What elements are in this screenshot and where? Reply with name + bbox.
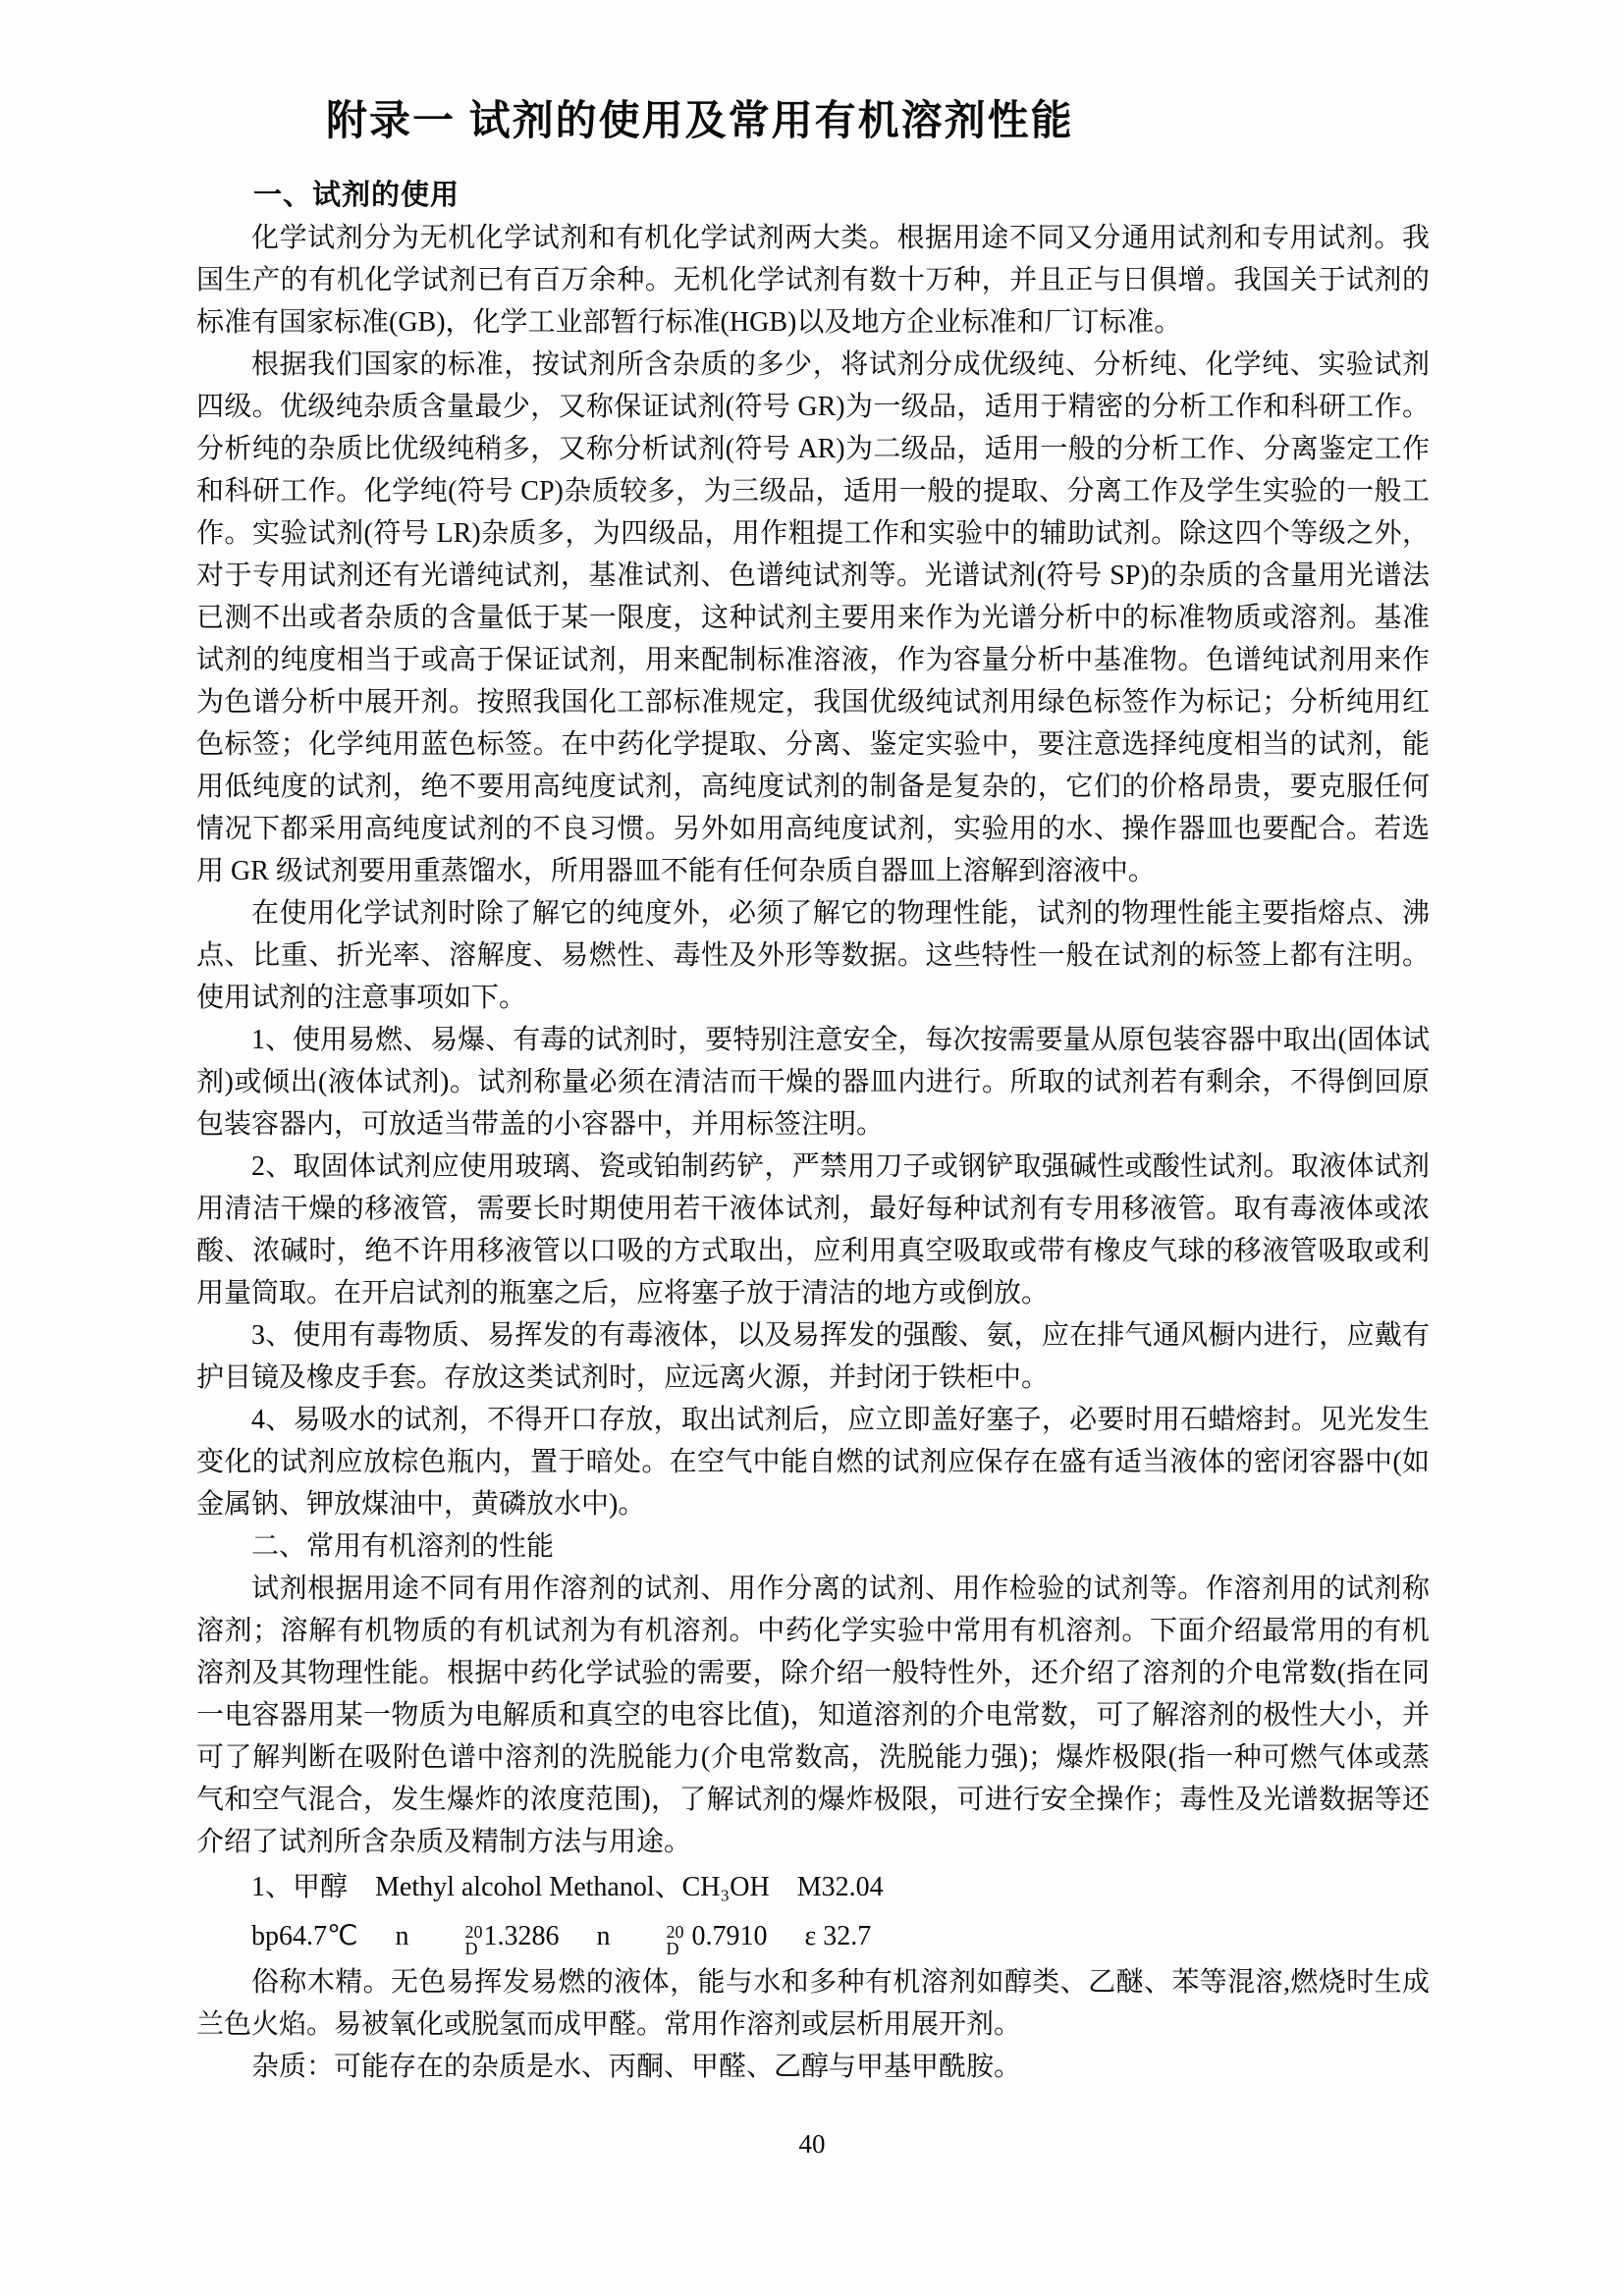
section1-paragraph: 根据我们国家的标准，按试剂所含杂质的多少，将试剂分成优级纯、分析纯、化学纯、实验… xyxy=(196,344,1430,892)
page-number: 40 xyxy=(0,2123,1624,2165)
methanol-density: n20D 0.7910 xyxy=(596,1921,767,1951)
page-content: 附录一 试剂的使用及常用有机溶剂性能 一、试剂的使用 化学试剂分为无机化学试剂和… xyxy=(196,98,1430,2088)
section1-numbered-item-2: 2、取固体试剂应使用玻璃、瓷或铂制药铲，严禁用刀子或钢铲取强碱性或酸性试剂。取液… xyxy=(196,1146,1430,1314)
methanol-dielectric-constant: ε 32.7 xyxy=(804,1921,871,1951)
density-sub-sup: 20D xyxy=(611,1924,683,1957)
methanol-refractive-index: n20D1.3286 xyxy=(395,1921,559,1951)
document-page: 附录一 试剂的使用及常用有机溶剂性能 一、试剂的使用 化学试剂分为无机化学试剂和… xyxy=(0,0,1624,2296)
section1-paragraph: 在使用化学试剂时除了解它的纯度外，必须了解它的物理性能，试剂的物理性能主要指熔点… xyxy=(196,892,1430,1019)
density-value: 0.7910 xyxy=(691,1921,767,1951)
refractive-subscript: D xyxy=(409,1941,482,1957)
density-subscript: D xyxy=(611,1941,683,1957)
methanol-impurities: 杂质：可能存在的杂质是水、丙酮、甲醛、乙醇与甲基甲酰胺。 xyxy=(196,2046,1430,2088)
methanol-properties-line: bp64.7℃n20D1.3286n20D 0.7910ε 32.7 xyxy=(196,1912,1430,1961)
methanol-title-line: 1、甲醇 Methyl alcohol Methanol、CH₃OH M32.0… xyxy=(196,1863,1430,1912)
section2-heading: 二、常用有机溶剂的性能 xyxy=(196,1525,1430,1568)
section1-heading: 一、试剂的使用 xyxy=(196,175,1430,217)
appendix-title: 附录一 试剂的使用及常用有机溶剂性能 xyxy=(326,98,1430,143)
section2-paragraph: 试剂根据用途不同有用作溶剂的试剂、用作分离的试剂、用作检验的试剂等。作溶剂用的试… xyxy=(196,1568,1430,1863)
refractive-symbol: n xyxy=(395,1921,408,1951)
section1-numbered-item-3: 3、使用有毒物质、易挥发的有毒液体，以及易挥发的强酸、氨，应在排气通风橱内进行，… xyxy=(196,1314,1430,1399)
density-symbol: n xyxy=(596,1921,610,1951)
section1-paragraph: 化学试剂分为无机化学试剂和有机化学试剂两大类。根据用途不同又分通用试剂和专用试剂… xyxy=(196,217,1430,344)
refractive-value: 1.3286 xyxy=(483,1921,559,1951)
section1-numbered-item-4: 4、易吸水的试剂，不得开口存放，取出试剂后，应立即盖好塞子，必要时用石蜡熔封。见… xyxy=(196,1399,1430,1525)
refractive-sub-sup: 20D xyxy=(409,1924,482,1957)
methanol-description: 俗称木精。无色易挥发易燃的液体，能与水和多种有机溶剂如醇类、乙醚、苯等混溶,燃烧… xyxy=(196,1961,1430,2046)
section1-numbered-item-1: 1、使用易燃、易爆、有毒的试剂时，要特别注意安全，每次按需要量从原包装容器中取出… xyxy=(196,1019,1430,1146)
methanol-boiling-point: bp64.7℃ xyxy=(251,1921,357,1951)
